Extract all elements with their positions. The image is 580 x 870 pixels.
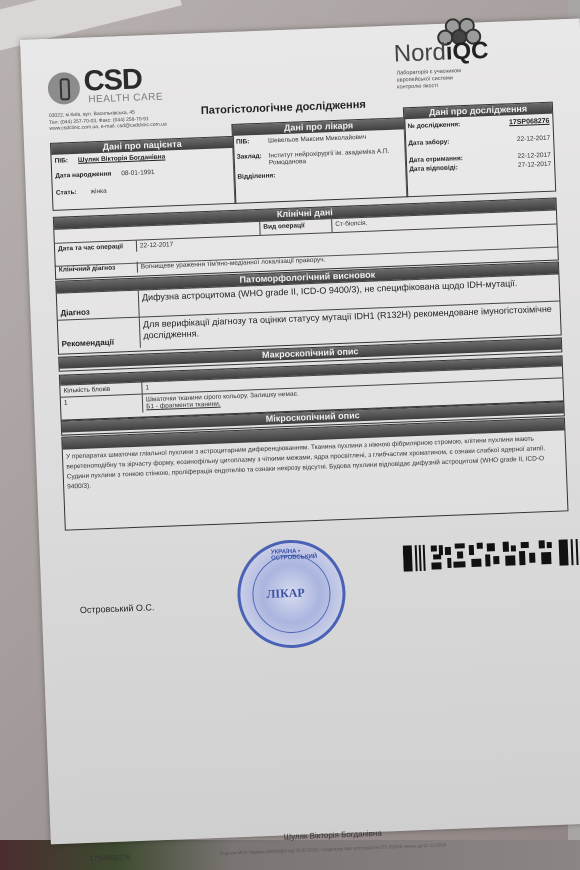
csd-subtitle: HEALTH CARE bbox=[88, 92, 163, 106]
birth-date: 08-01-1991 bbox=[121, 169, 154, 177]
stamp-ring-text: УКРАЇНА • ОСТРОВСЬКИЙ bbox=[271, 547, 341, 562]
document-title: Патогістологічне дослідження bbox=[201, 99, 366, 117]
response-date-label: Дата відповіді: bbox=[409, 164, 458, 173]
sex: жінка bbox=[91, 188, 107, 196]
stamp-center-word: ЛІКАР bbox=[266, 585, 305, 601]
facility-label: Заклад: bbox=[237, 153, 260, 168]
nordiqc-caption: Лабораторія є учасником європейської сис… bbox=[396, 68, 467, 92]
doctor-name-label: ПІБ: bbox=[236, 138, 258, 146]
response-date: 27-12-2017 bbox=[518, 161, 551, 169]
received-date: 22-12-2017 bbox=[517, 152, 550, 160]
sex-label: Стать: bbox=[56, 189, 77, 197]
patient-name-label: ПІБ: bbox=[55, 157, 69, 165]
patient-name: Шуляк Вікторія Богданівна bbox=[78, 154, 166, 164]
received-date-label: Дата отримання: bbox=[409, 155, 463, 164]
operation-date-label: Дата та час операції bbox=[55, 241, 137, 255]
facility: Інститут нейрохірургії ім. академіка А.П… bbox=[269, 148, 394, 167]
micro-section: У препаратах шматочки гліальної пухлини … bbox=[61, 417, 568, 530]
doctor-section: Дані про лікаря ПІБ: Шевельов Максим Мик… bbox=[231, 117, 408, 204]
doctor-stamp: УКРАЇНА • ОСТРОВСЬКИЙ ЛІКАР bbox=[235, 538, 347, 650]
collection-date: 22-12-2017 bbox=[517, 135, 550, 143]
birth-date-label: Дата народження bbox=[55, 171, 111, 180]
pathology-report-sheet: CSD HEALTH CARE 03022, м.Київ, вул. Васи… bbox=[20, 19, 580, 845]
clinical-diagnosis-label: Клінічний діагноз bbox=[56, 262, 138, 276]
operation-type: Ст-біопсія. bbox=[332, 218, 371, 232]
department-label: Відділення: bbox=[237, 172, 275, 180]
doctor-name: Шевельов Максим Миколайович bbox=[268, 134, 366, 145]
collection-date-label: Дата забору: bbox=[408, 139, 449, 148]
microscope-icon bbox=[47, 72, 80, 105]
study-data-section: Дані про дослідження № дослідження: 17SP… bbox=[403, 102, 556, 198]
macro-row-index: 1 bbox=[61, 395, 144, 416]
patient-section: Дані про пацієнта ПІБ: Шуляк Вікторія Бо… bbox=[50, 136, 236, 211]
study-number: 17SP068276 bbox=[509, 118, 550, 127]
barcode-icon bbox=[403, 536, 580, 573]
report-content: CSD HEALTH CARE 03022, м.Київ, вул. Васи… bbox=[39, 50, 554, 70]
csd-address: 03022, м.Київ, вул. Васильківська, 45 Те… bbox=[49, 108, 167, 132]
study-number-label: № дослідження: bbox=[407, 121, 460, 130]
signer-name: Островський О.С. bbox=[80, 602, 155, 615]
nordiqc-wordmark: NordiQC bbox=[393, 37, 489, 69]
diagnosis-label: Діагноз bbox=[57, 291, 140, 320]
tablecloth-bottom bbox=[0, 840, 580, 870]
recommendation-label: Рекомендації bbox=[58, 318, 141, 351]
